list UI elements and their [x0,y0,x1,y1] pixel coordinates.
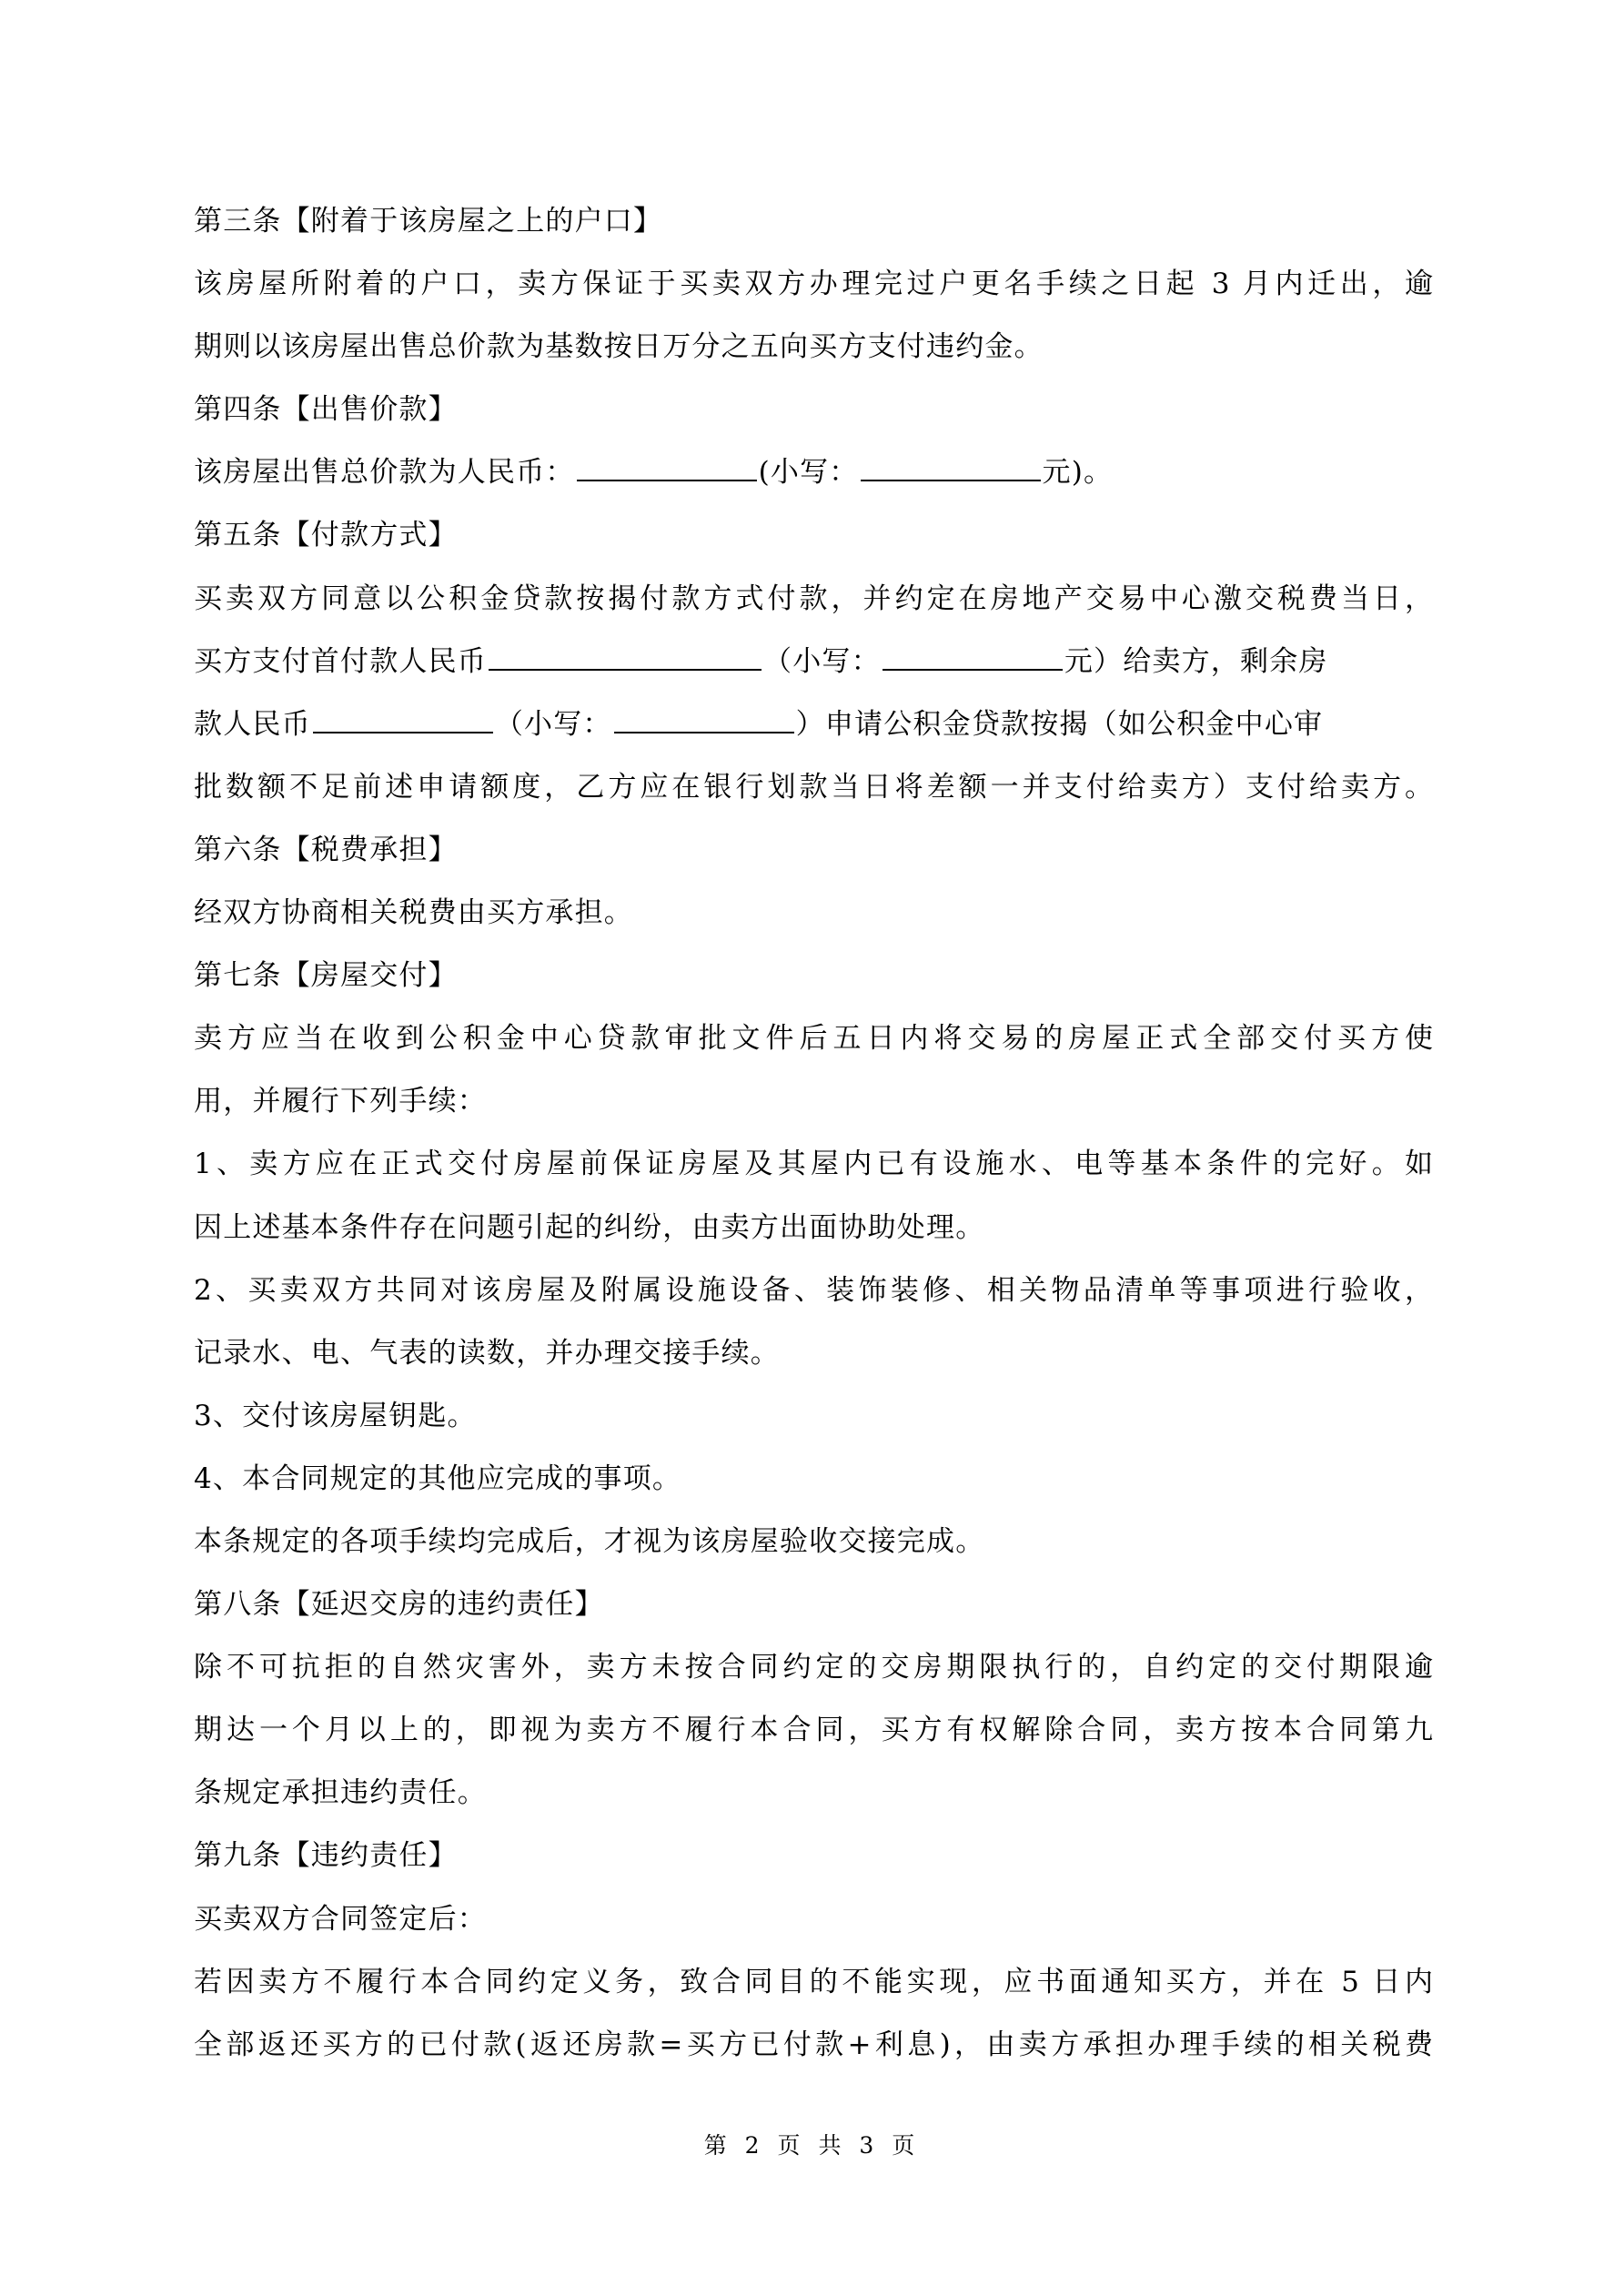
paragraph-line: 经双方协商相关税费由买方承担。 [194,891,1433,954]
article-7-heading: 第七条【房屋交付】 [194,954,1433,1017]
paragraph-line: 买卖双方合同签定后： [194,1897,1433,1960]
list-item: 3、交付该房屋钥匙。 [194,1394,1433,1457]
paragraph-line: 期则以该房屋出售总价款为基数按日万分之五向买方支付违约金。 [194,325,1433,388]
label-text: 元）给卖方，剩余房 [1064,645,1328,678]
paragraph-line: 全部返还买方的已付款(返还房款=买方已付款+利息)，由卖方承担办理手续的相关税费 [194,2023,1433,2086]
list-item: 1、卖方应在正式交付房屋前保证房屋及其屋内已有设施水、电等基本条件的完好。如 [194,1142,1433,1205]
paragraph-line: 本条规定的各项手续均完成后，才视为该房屋验收交接完成。 [194,1520,1433,1583]
total-price-line: 该房屋出售总价款为人民币：(小写：元)。 [194,450,1433,513]
label-text: 该房屋出售总价款为人民币： [194,456,575,489]
paragraph-line: 除不可抗拒的自然灾害外，卖方未按合同约定的交房期限执行的，自约定的交付期限逾 [194,1645,1433,1708]
label-text: 买方支付首付款人民币 [194,645,487,678]
label-text: (小写： [759,456,859,489]
total-price-blank[interactable] [577,452,757,481]
article-4-heading: 第四条【出售价款】 [194,388,1433,450]
document-page: 第三条【附着于该房屋之上的户口】 该房屋所附着的户口，卖方保证于买卖双方办理完过… [0,0,1624,2296]
loan-amount-line: 款人民币（小写：）申请公积金贷款按揭（如公积金中心审 [194,703,1433,765]
paragraph-line: 期达一个月以上的，即视为卖方不履行本合同，买方有权解除合同，卖方按本合同第九 [194,1708,1433,1771]
article-9-heading: 第九条【违约责任】 [194,1834,1433,1896]
article-6-heading: 第六条【税费承担】 [194,828,1433,891]
article-8-heading: 第八条【延迟交房的违约责任】 [194,1583,1433,1645]
down-payment-small-blank[interactable] [883,642,1063,671]
paragraph-line: 批数额不足前述申请额度，乙方应在银行划款当日将差额一并支付给卖方）支付给卖方。 [194,765,1433,828]
article-3-heading: 第三条【附着于该房屋之上的户口】 [194,199,1433,262]
paragraph-line: 条规定承担违约责任。 [194,1771,1433,1834]
list-item: 2、买卖双方共同对该房屋及附属设施设备、装饰装修、相关物品清单等事项进行验收， [194,1269,1433,1331]
loan-amount-small-blank[interactable] [614,704,794,733]
paragraph-line: 买卖双方同意以公积金贷款按揭付款方式付款，并约定在房地产交易中心激交税费当日， [194,577,1433,640]
total-price-small-blank[interactable] [861,452,1041,481]
label-text: （小写： [495,708,612,741]
label-text: 款人民币 [194,708,311,741]
down-payment-blank[interactable] [489,642,762,671]
paragraph-line: 该房屋所附着的户口，卖方保证于买卖双方办理完过户更名手续之日起 3 月内迁出，逾 [194,262,1433,325]
down-payment-line: 买方支付首付款人民币（小写：元）给卖方，剩余房 [194,640,1433,703]
loan-amount-blank[interactable] [313,704,493,733]
label-text: （小写： [763,645,881,678]
list-item-continued: 因上述基本条件存在问题引起的纠纷，由卖方出面协助处理。 [194,1206,1433,1269]
document-body: 第三条【附着于该房屋之上的户口】 该房屋所附着的户口，卖方保证于买卖双方办理完过… [194,199,1433,2086]
paragraph-line: 用，并履行下列手续： [194,1079,1433,1142]
page-number-footer: 第 2 页 共 3 页 [0,2128,1624,2160]
list-item: 4、本合同规定的其他应完成的事项。 [194,1457,1433,1520]
label-text: ）申请公积金贷款按揭（如公积金中心审 [796,708,1324,741]
paragraph-line: 若因卖方不履行本合同约定义务，致合同目的不能实现，应书面通知买方，并在 5 日内 [194,1960,1433,2023]
article-5-heading: 第五条【付款方式】 [194,513,1433,576]
list-item-continued: 记录水、电、气表的读数，并办理交接手续。 [194,1331,1433,1394]
paragraph-line: 卖方应当在收到公积金中心贷款审批文件后五日内将交易的房屋正式全部交付买方使 [194,1017,1433,1079]
label-text: 元)。 [1043,456,1114,489]
